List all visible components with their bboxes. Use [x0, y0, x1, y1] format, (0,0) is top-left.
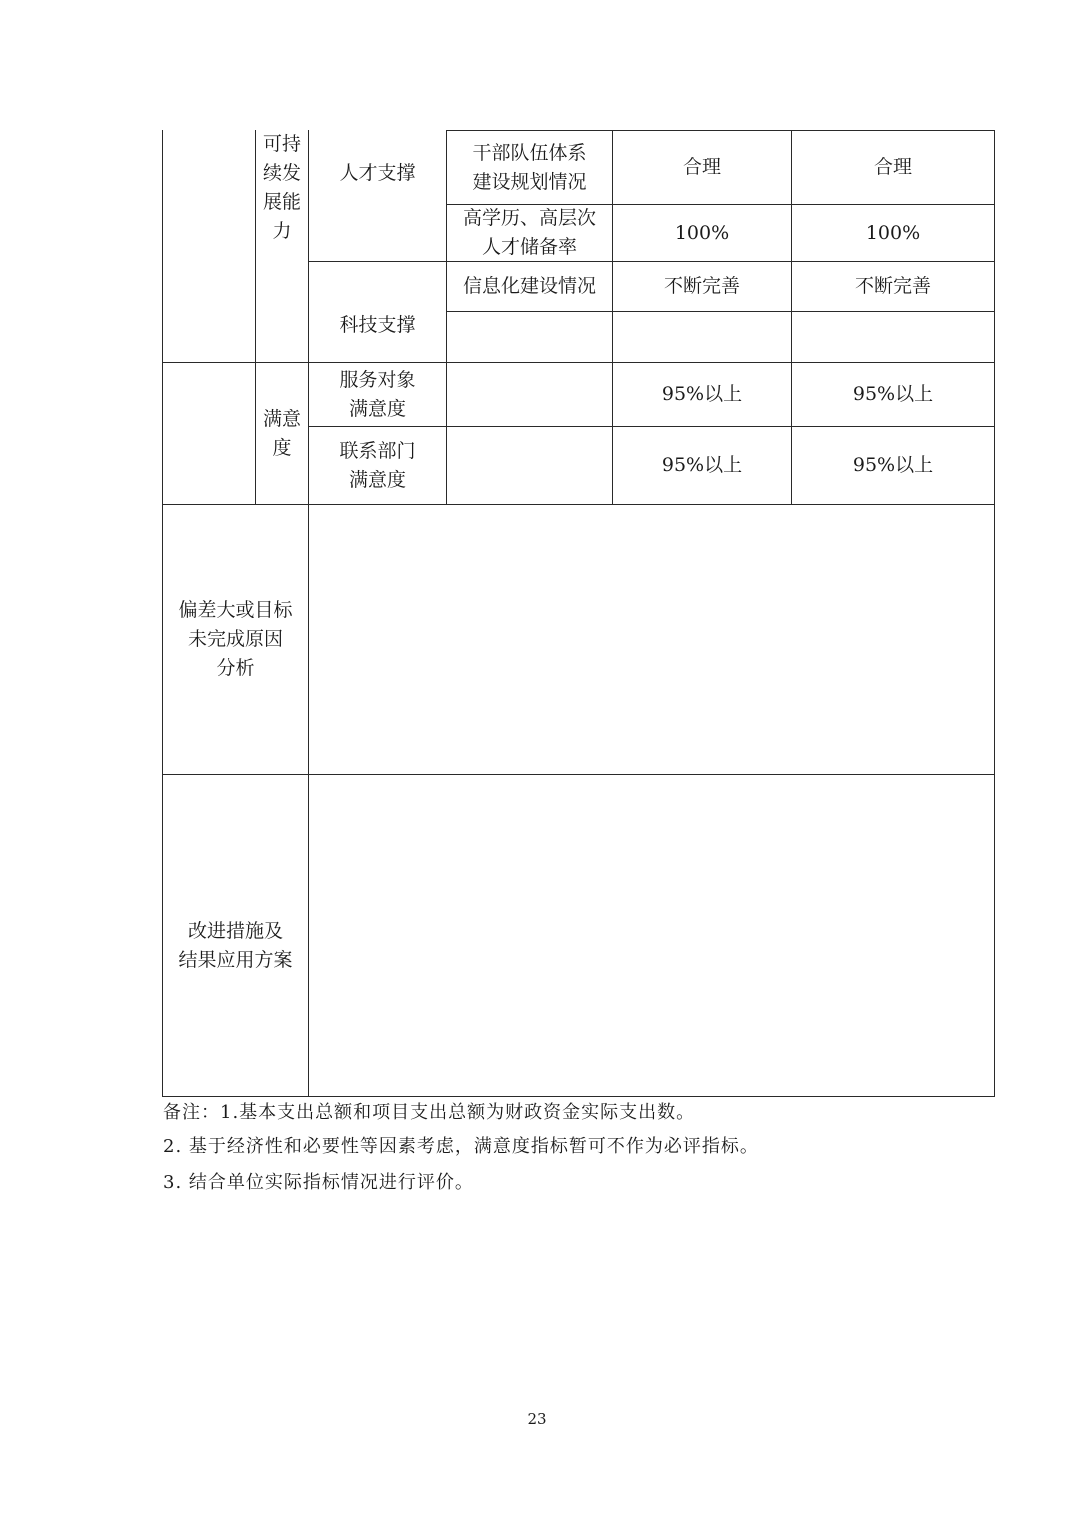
target-it-construction: 不断完善 — [613, 262, 791, 311]
level3-tech-support: 科技支撑 — [309, 262, 446, 362]
target-client-satisfaction: 95%以上 — [613, 363, 791, 426]
indicator-dept-satisfaction — [447, 427, 612, 504]
footnote-3: 3. 结合单位实际指标情况进行评价。 — [163, 1167, 759, 1199]
target-talent-reserve: 100% — [613, 205, 791, 261]
footnotes: 备注：1.基本支出总额和项目支出总额为财政资金实际支出数。 2. 基于经济性和必… — [163, 1097, 759, 1199]
page-number: 23 — [0, 1410, 1074, 1428]
target-cadre-planning: 合理 — [613, 131, 791, 204]
actual-talent-reserve: 100% — [792, 205, 994, 261]
indicator-empty — [447, 312, 612, 362]
performance-table: 可持续发展能力 人才支撑 干部队伍体系 建设规划情况 合理 合理 高学历、高层次… — [0, 0, 1074, 1100]
actual-empty — [792, 312, 994, 362]
indicator-cadre-planning: 干部队伍体系 建设规划情况 — [447, 131, 612, 204]
deviation-analysis-value[interactable] — [309, 505, 994, 774]
improvement-plan-label: 改进措施及 结果应用方案 — [163, 775, 308, 1096]
target-empty — [613, 312, 791, 362]
deviation-analysis-label: 偏差大或目标 未完成原因 分析 — [163, 505, 308, 774]
actual-dept-satisfaction: 95%以上 — [792, 427, 994, 504]
level3-dept-satisfaction: 联系部门 满意度 — [309, 427, 446, 504]
actual-it-construction: 不断完善 — [792, 262, 994, 311]
footnote-2: 2. 基于经济性和必要性等因素考虑，满意度指标暂可不作为必评指标。 — [163, 1131, 759, 1163]
level3-talent-support: 人才支撑 — [309, 131, 446, 215]
actual-cadre-planning: 合理 — [792, 131, 994, 204]
level2-sustainability: 可持续发展能力 — [256, 130, 308, 362]
indicator-client-satisfaction — [447, 363, 612, 426]
actual-client-satisfaction: 95%以上 — [792, 363, 994, 426]
target-dept-satisfaction: 95%以上 — [613, 427, 791, 504]
level3-client-satisfaction: 服务对象 满意度 — [309, 363, 446, 426]
footnote-1: 备注：1.基本支出总额和项目支出总额为财政资金实际支出数。 — [163, 1097, 759, 1129]
indicator-talent-reserve: 高学历、高层次 人才储备率 — [447, 205, 612, 261]
indicator-it-construction: 信息化建设情况 — [447, 262, 612, 311]
improvement-plan-value[interactable] — [309, 775, 994, 1096]
table-border-right — [994, 130, 995, 1097]
level2-satisfaction: 满意度 — [256, 363, 308, 504]
